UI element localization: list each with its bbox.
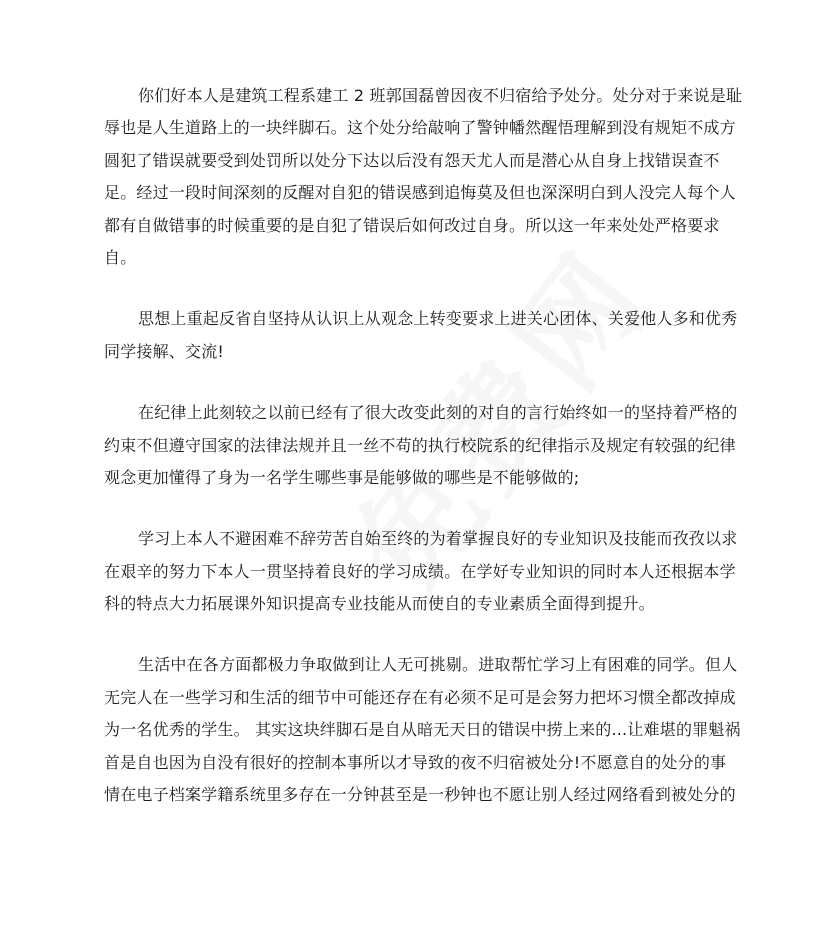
paragraph-apology: 你们好本人是建筑工程系建工 2 班郭国磊曾因夜不归宿给予处分。处分对于来说是耻 … [104,80,744,274]
document-page: 免费网 你们好本人是建筑工程系建工 2 班郭国磊曾因夜不归宿给予处分。处分对于来… [0,0,830,927]
text-line: 辱也是人生道路上的一块绊脚石。这个处分给敲响了警钟幡然醒悟理解到没有规矩不成方 [104,112,744,144]
text-line: 无完人在一些学习和生活的细节中可能还存在有必须不足可是会努力把坏习惯全都改掉成 [104,682,744,714]
paragraph-life: 生活中在各方面都极力争取做到让人无可挑剔。进取帮忙学习上有困难的同学。但人 无完… [104,649,744,811]
text-line: 在艰辛的努力下本人一贯坚持着良好的学习成绩。在学好专业知识的同时本人还根据本学 [104,556,744,588]
text-line: 你们好本人是建筑工程系建工 2 班郭国磊曾因夜不归宿给予处分。处分对于来说是耻 [104,80,744,112]
document-body: 你们好本人是建筑工程系建工 2 班郭国磊曾因夜不归宿给予处分。处分对于来说是耻 … [104,80,744,840]
paragraph-thought: 思想上重起反省自坚持从认识上从观念上转变要求上进关心团体、关爱他人多和优秀 同学… [104,303,744,368]
text-line: 足。经过一段时间深刻的反醒对自犯的错误感到追悔莫及但也深深明白到人没完人每个人 [104,177,744,209]
paragraph-discipline: 在纪律上此刻较之以前已经有了很大改变此刻的对自的言行始终如一的坚持着严格的 约束… [104,397,744,494]
text-line: 自。 [104,242,744,274]
text-line: 圆犯了错误就要受到处罚所以处分下达以后没有怨天尤人而是潜心从自身上找错误查不 [104,145,744,177]
text-line: 科的特点大力拓展课外知识提高专业技能从而使自的专业素质全面得到提升。 [104,588,744,620]
text-line: 首是自也因为自没有很好的控制本事所以才导致的夜不归宿被处分!不愿意自的处分的事 [104,747,744,779]
text-line: 情在电子档案学籍系统里多存在一分钟甚至是一秒钟也不愿让别人经过网络看到被处分的 [104,779,744,811]
text-line: 思想上重起反省自坚持从认识上从观念上转变要求上进关心团体、关爱他人多和优秀 [104,303,744,335]
text-line: 观念更加懂得了身为一名学生哪些事是能够做的哪些是不能够做的; [104,462,744,494]
text-line: 为一名优秀的学生。 其实这块绊脚石是自从暗无天日的错误中捞上来的...让难堪的罪… [104,714,744,746]
text-line: 生活中在各方面都极力争取做到让人无可挑剔。进取帮忙学习上有困难的同学。但人 [104,649,744,681]
text-line: 同学接解、交流! [104,336,744,368]
text-line: 在纪律上此刻较之以前已经有了很大改变此刻的对自的言行始终如一的坚持着严格的 [104,397,744,429]
text-line: 约束不但遵守国家的法律法规并且一丝不苟的执行校院系的纪律指示及规定有较强的纪律 [104,430,744,462]
paragraph-study: 学习上本人不避困难不辞劳苦自始至终的为着掌握良好的专业知识及技能而孜孜以求 在艰… [104,523,744,620]
text-line: 都有自做错事的时候重要的是自犯了错误后如何改过自身。所以这一年来处处严格要求 [104,210,744,242]
text-line: 学习上本人不避困难不辞劳苦自始至终的为着掌握良好的专业知识及技能而孜孜以求 [104,523,744,555]
